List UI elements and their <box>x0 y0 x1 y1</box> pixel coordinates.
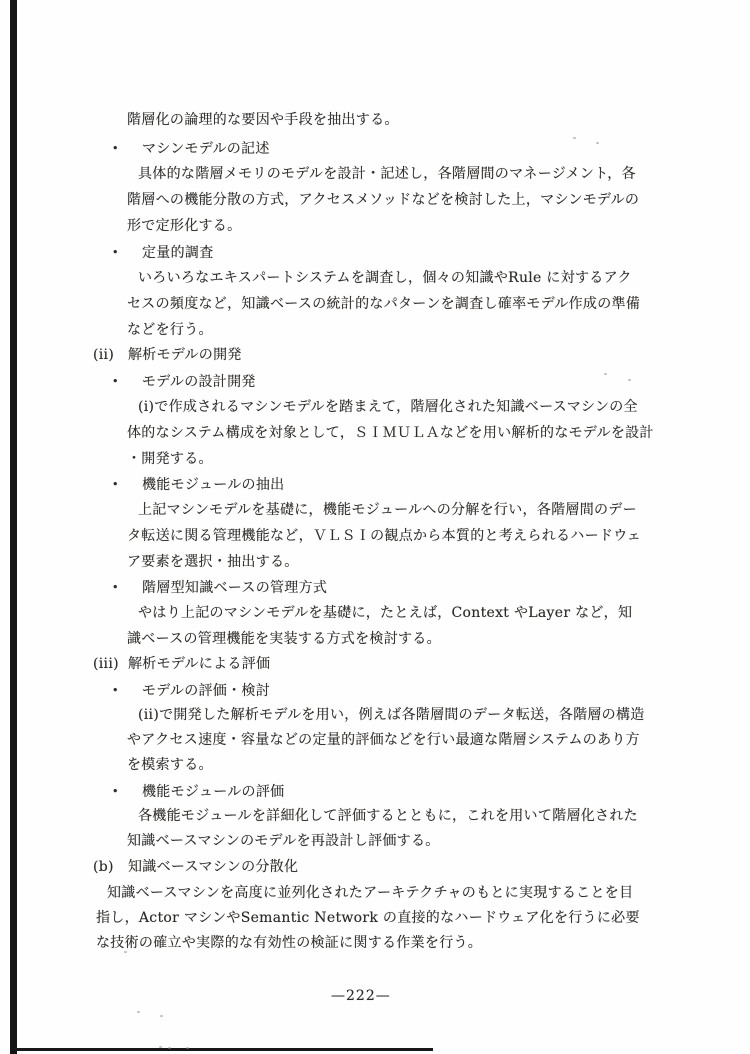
bullet-item: •階層型知識ベースの管理方式 <box>112 579 327 597</box>
line-text: モデルの設計開発 <box>142 374 256 390</box>
text-line: 具体的な階層メモリのモデルを設計・記述し，各階層間のマネージメント，各 <box>138 166 636 183</box>
line-text: 具体的な階層メモリのモデルを設計・記述し，各階層間のマネージメント，各 <box>138 166 636 182</box>
text-line: 階層化の論理的な要因や手段を抽出する。 <box>127 112 399 129</box>
bullet-marker: • <box>112 682 142 699</box>
line-text: モデルの評価・検討 <box>142 683 270 699</box>
line-text: 機能モジュールの評価 <box>142 784 284 800</box>
line-text: 知識ベースマシンを高度に並列化されたアーキテクチャのもとに実現することを目 <box>107 885 633 901</box>
text-line: セスの頻度など，知識ベースの統計的なパターンを調査し確率モデル作成の準備 <box>127 296 640 313</box>
bullet-item: •モデルの評価・検討 <box>112 682 270 700</box>
line-text: やはり上記のマシンモデルを基礎に，たとえば，Context やLayer など，… <box>138 605 632 621</box>
line-text: 知識ベースマシンの分散化 <box>128 859 298 875</box>
bullet-marker: • <box>112 476 142 493</box>
section-item: (ii)解析モデルの開発 <box>93 347 242 364</box>
line-text: ア要素を選択・抽出する。 <box>127 554 299 570</box>
bullet-item: •機能モジュールの評価 <box>112 783 284 801</box>
line-text: 階層化の論理的な要因や手段を抽出する。 <box>127 112 399 128</box>
text-line: やはり上記のマシンモデルを基礎に，たとえば，Context やLayer など，… <box>138 605 632 622</box>
bullet-item: •マシンモデルの記述 <box>112 140 270 158</box>
line-text: 機能モジュールの抽出 <box>142 477 284 493</box>
bullet-item: •定量的調査 <box>112 244 214 262</box>
line-text: (i)で作成されるマシンモデルを踏まえて，階層化された知識ベースマシンの全 <box>138 399 638 415</box>
line-text: ・開発する。 <box>127 451 213 467</box>
bullet-item: •モデルの設計開発 <box>112 373 256 391</box>
line-text: 階層型知識ベースの管理方式 <box>142 580 327 596</box>
line-text: 形で定形化する。 <box>127 218 241 234</box>
section-item: (iii)解析モデルによる評価 <box>93 656 270 673</box>
text-line: 指し，Actor マシンやSemantic Network の直接的なハードウェ… <box>96 910 640 927</box>
line-text: 識ベースの管理機能を実装する方式を検討する。 <box>127 631 441 647</box>
bullet-marker: • <box>112 579 142 596</box>
text-line: 体的なシステム構成を対象として，ＳＩＭＵＬＡなどを用い解析的なモデルを設計 <box>127 425 654 442</box>
scan-speckle <box>168 1047 171 1049</box>
text-line: やアクセス速度・容量などの定量的評価などを行い最適な階層システムのあり方 <box>127 732 640 749</box>
text-line: タ転送に関る管理機能など，ＶＬＳＩの観点から本質的と考えられるハードウェ <box>127 528 641 545</box>
text-line: (i)で作成されるマシンモデルを踏まえて，階層化された知識ベースマシンの全 <box>138 399 638 416</box>
line-text: (ii)で開発した解析モデルを用い，例えば各階層間のデータ転送，各階層の構造 <box>138 707 645 723</box>
text-line: 上記マシンモデルを基礎に，機能モジュールへの分解を行い，各階層間のデー <box>138 502 637 519</box>
text-line: 階層への機能分散の方式，アクセスメソッドなどを検討した上，マシンモデルの <box>127 192 639 209</box>
scan-edge-artifact-bottom <box>13 1048 433 1051</box>
line-text: 階層への機能分散の方式，アクセスメソッドなどを検討した上，マシンモデルの <box>127 192 639 208</box>
text-line: (ii)で開発した解析モデルを用い，例えば各階層間のデータ転送，各階層の構造 <box>138 707 645 724</box>
scan-speckle <box>628 379 631 381</box>
text-line: 各機能モジュールを詳細化して評価するとともに，これを用いて階層化された <box>138 808 638 825</box>
line-text: な技術の確立や実際的な有効性の検証に関する作業を行う。 <box>96 935 482 951</box>
text-line: ・開発する。 <box>127 451 213 468</box>
item-label: (iii) <box>93 656 128 673</box>
item-label: (ii) <box>93 347 128 364</box>
text-line: 知識ベースマシンを高度に並列化されたアーキテクチャのもとに実現することを目 <box>107 885 633 902</box>
line-text: 各機能モジュールを詳細化して評価するとともに，これを用いて階層化された <box>138 808 638 824</box>
line-text: マシンモデルの記述 <box>142 141 270 157</box>
line-text: やアクセス速度・容量などの定量的評価などを行い最適な階層システムのあり方 <box>127 732 640 748</box>
scan-speckle <box>137 1011 140 1013</box>
line-text: いろいろなエキスパートシステムを調査し，個々の知識やRule に対するアク <box>138 270 632 286</box>
text-line: 形で定形化する。 <box>127 218 241 235</box>
text-line: を模索する。 <box>127 757 213 774</box>
bullet-marker: • <box>112 373 142 390</box>
text-line: 知識ベースマシンのモデルを再設計し評価する。 <box>127 833 440 850</box>
line-text: 定量的調査 <box>142 245 214 261</box>
line-text: 知識ベースマシンのモデルを再設計し評価する。 <box>127 833 440 849</box>
line-text: タ転送に関る管理機能など，ＶＬＳＩの観点から本質的と考えられるハードウェ <box>127 528 641 544</box>
line-text: 指し，Actor マシンやSemantic Network の直接的なハードウェ… <box>96 910 640 926</box>
text-line: などを行う。 <box>127 322 213 339</box>
line-text: などを行う。 <box>127 322 213 338</box>
line-text: 解析モデルの開発 <box>128 347 242 363</box>
text-line: ア要素を選択・抽出する。 <box>127 554 299 571</box>
document-page: 階層化の論理的な要因や手段を抽出する。 •マシンモデルの記述 具体的な階層メモリ… <box>0 0 750 1054</box>
text-line: 識ベースの管理機能を実装する方式を検討する。 <box>127 631 441 648</box>
scan-speckle <box>604 373 607 375</box>
line-text: セスの頻度など，知識ベースの統計的なパターンを調査し確率モデル作成の準備 <box>127 296 640 312</box>
item-label: (b) <box>93 859 128 876</box>
text-line: な技術の確立や実際的な有効性の検証に関する作業を行う。 <box>96 935 482 952</box>
scan-edge-artifact-left <box>10 0 17 1054</box>
scan-speckle <box>159 1046 162 1048</box>
bullet-marker: • <box>112 783 142 800</box>
scan-speckle <box>160 1015 163 1017</box>
scan-speckle <box>186 1047 189 1049</box>
bullet-item: •機能モジュールの抽出 <box>112 476 284 494</box>
text-line: いろいろなエキスパートシステムを調査し，個々の知識やRule に対するアク <box>138 270 632 287</box>
page-number: —222— <box>331 988 391 1004</box>
line-text: 解析モデルによる評価 <box>128 656 270 672</box>
line-text: 上記マシンモデルを基礎に，機能モジュールへの分解を行い，各階層間のデー <box>138 502 637 518</box>
bullet-marker: • <box>112 244 142 261</box>
line-text: を模索する。 <box>127 757 213 773</box>
scan-speckle <box>596 142 599 144</box>
line-text: 体的なシステム構成を対象として，ＳＩＭＵＬＡなどを用い解析的なモデルを設計 <box>127 425 654 441</box>
scan-speckle <box>573 137 576 139</box>
section-item: (b)知識ベースマシンの分散化 <box>93 859 298 876</box>
bullet-marker: • <box>112 140 142 157</box>
